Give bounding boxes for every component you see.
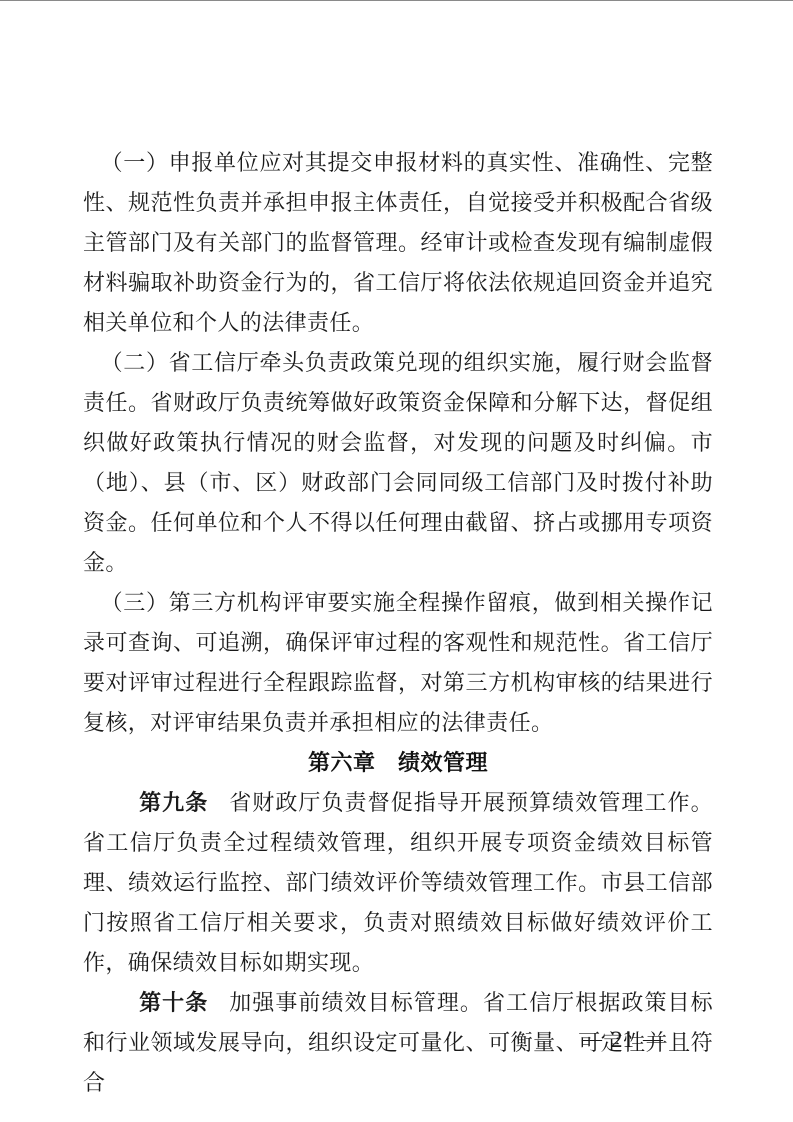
page-footer: — 21 — [582, 1027, 663, 1053]
article-9-label: 第九条 [139, 790, 208, 815]
page-number-dash-left: — [582, 1026, 602, 1052]
document-content: （一）申报单位应对其提交申报材料的真实性、准确性、完整性、规范性负责并承担申报主… [83, 143, 713, 1103]
page-number: 21 [611, 1027, 634, 1053]
article-9-text: 省财政厅负责督促指导开展预算绩效管理工作。省工信厅负责全过程绩效管理，组织开展专… [83, 790, 713, 975]
document-page: （一）申报单位应对其提交申报材料的真实性、准确性、完整性、规范性负责并承担申报主… [0, 0, 793, 1122]
paragraph-item-3: （三）第三方机构评审要实施全程操作留痕，做到相关操作记录可查询、可追溯，确保评审… [83, 583, 713, 743]
paragraph-item-1: （一）申报单位应对其提交申报材料的真实性、准确性、完整性、规范性负责并承担申报主… [83, 143, 713, 343]
page-number-dash-right: — [643, 1026, 663, 1052]
paragraph-item-2: （二）省工信厅牵头负责政策兑现的组织实施，履行财会监督责任。省财政厅负责统筹做好… [83, 343, 713, 583]
chapter-heading: 第六章 绩效管理 [83, 743, 713, 783]
article-9-paragraph: 第九条省财政厅负责督促指导开展预算绩效管理工作。省工信厅负责全过程绩效管理，组织… [83, 783, 713, 983]
article-10-label: 第十条 [139, 990, 208, 1015]
